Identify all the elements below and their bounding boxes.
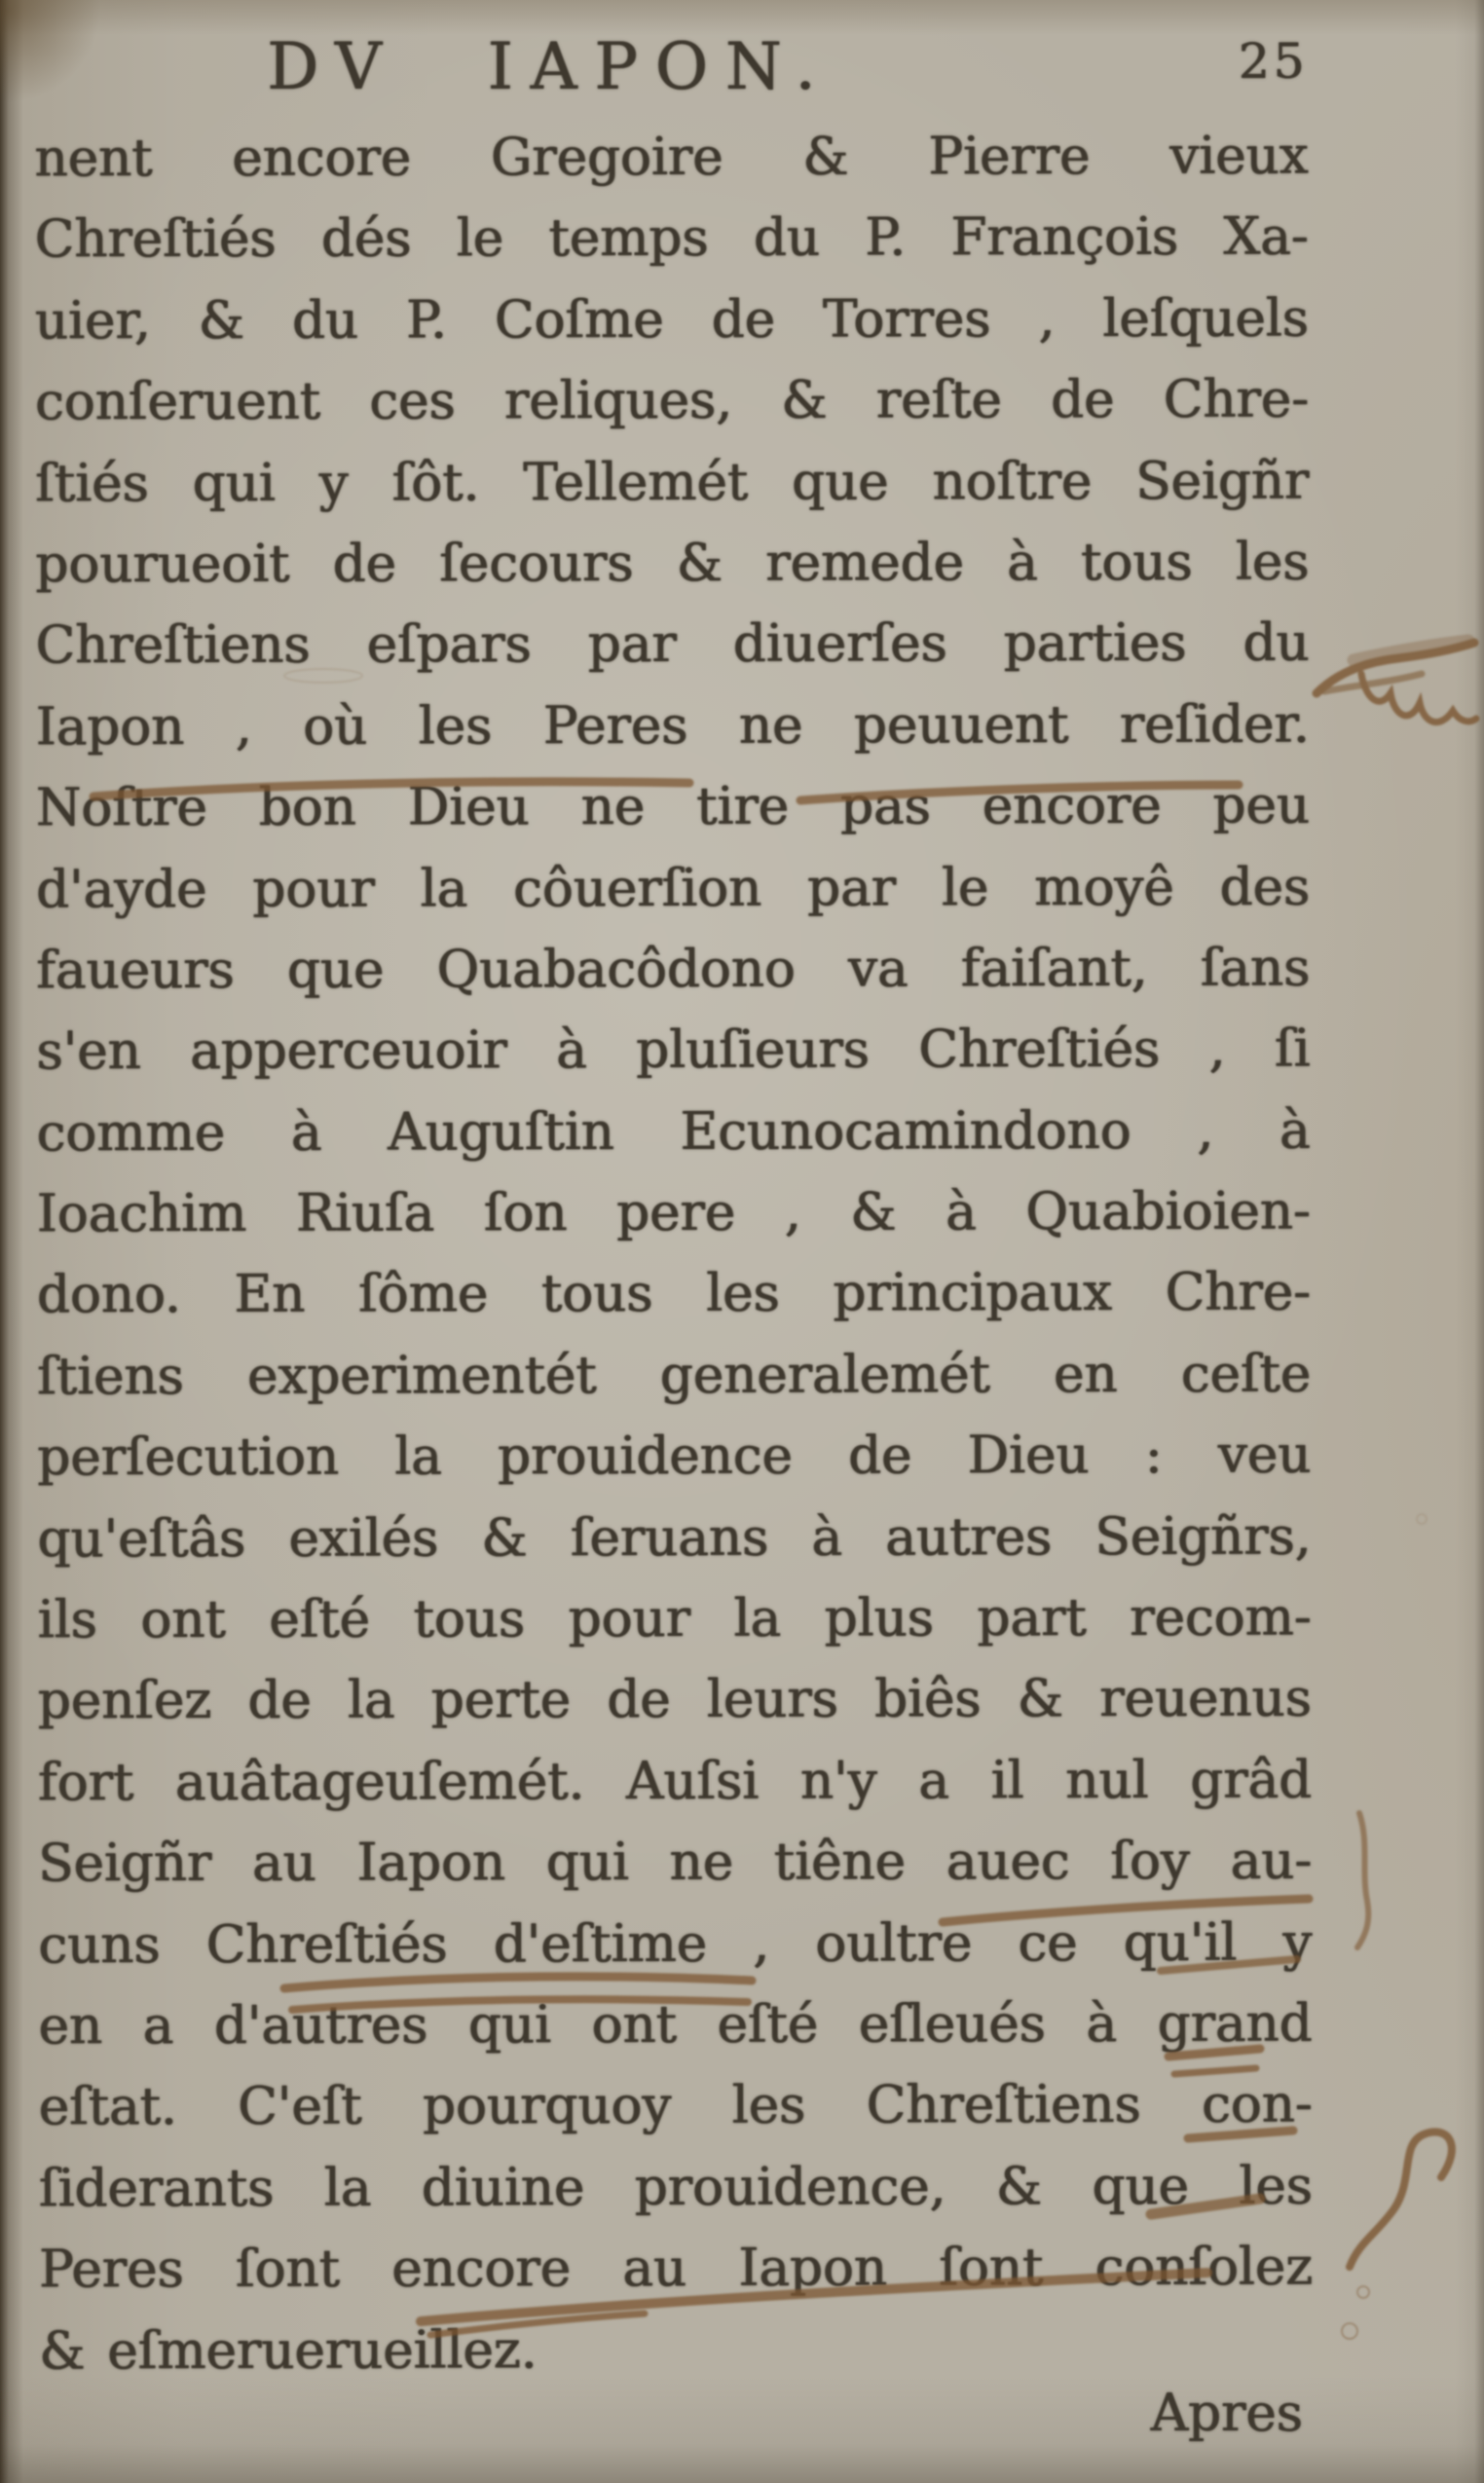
text-line: Peres ſont encore au Iapon ſont conſolez — [39, 2227, 1313, 2311]
text-line: & eſmeruerueillez. — [39, 2308, 1313, 2391]
text-line: uier, & du P. Coſme de Torres , leſquels — [35, 278, 1309, 361]
text-line: nent encore Gregoire & Pierre vieux — [35, 116, 1309, 200]
text-line: dono. En ſôme tous les principaux Chre- — [37, 1252, 1311, 1336]
text-line: comme à Auguſtin Ecunocamindono , à — [37, 1090, 1311, 1173]
text-line: d'ayde pour la côuerſion par le moyê des — [36, 846, 1310, 930]
text-line: eſtat. C'eſt pourquoy les Chreſtiens con… — [39, 2064, 1313, 2148]
margin-stroke-near-line-22 — [1357, 1813, 1368, 1947]
text-line: s'en apperceuoir à pluſieurs Chreſtiés ,… — [36, 1009, 1310, 1093]
text-line: conſeruent ces reliques, & reſte de Chre… — [35, 359, 1309, 443]
text-line: ſiderants la diuine prouidence, & que le… — [39, 2145, 1313, 2229]
running-title: DV IAPON. — [0, 29, 1100, 104]
text-line: Chreſtiens eſpars par diuerſes parties d… — [36, 603, 1310, 686]
text-line: Iapon , où les Peres ne peuuent reſider. — [36, 684, 1310, 767]
page-text: nent encore Gregoire & Pierre vieux Chre… — [35, 116, 1314, 2392]
text-line: cuns Chreſtiés d'eſtime , oultre ce qu'i… — [38, 1902, 1312, 1985]
text-line: fort auâtageuſemét. Auſsi n'y a il nul g… — [38, 1739, 1312, 1823]
text-line: Ioachim Riuſa ſon pere , & à Quabioien- — [37, 1171, 1311, 1255]
catchword: Apres — [37, 2384, 1303, 2443]
text-line: Noſtre bon Dieu ne tire pas encore peu — [36, 765, 1310, 849]
text-line: ſtiés qui y ſôt. Tellemét que noſtre Sei… — [35, 440, 1309, 524]
ink-dot — [1417, 1514, 1427, 1524]
book-page-scan: DV IAPON. 25 nent encore Gregoire & Pier… — [0, 0, 1484, 2483]
text-line: en a d'autres qui ont eſté eſleués à gra… — [39, 1983, 1313, 2067]
page-number: 25 — [1239, 33, 1309, 90]
handwritten-scribble-icon — [1317, 641, 1476, 723]
text-line: ils ont eſté tous pour la plus part reco… — [38, 1577, 1312, 1661]
text-line: perſecution la prouidence de Dieu : veu — [37, 1415, 1311, 1499]
text-line: pourueoit de ſecours & remede à tous les — [35, 522, 1309, 606]
flourish-question-curl-icon — [1342, 2132, 1452, 2339]
text-line: Chreſtiés dés le temps du P. François Xa… — [35, 197, 1309, 280]
text-line: Seigñr au Iapon qui ne tiêne auec ſoy au… — [38, 1821, 1312, 1905]
text-line: faueurs que Quabacôdono va faiſant, ſans — [36, 928, 1310, 1012]
text-line: qu'eſtâs exilés & ſeruans à autres Seigñ… — [38, 1496, 1312, 1579]
text-line: penſez de la perte de leurs biês & reuen… — [38, 1658, 1312, 1742]
text-line: ſtiens experimentét generalemét en ceſte — [37, 1333, 1311, 1417]
